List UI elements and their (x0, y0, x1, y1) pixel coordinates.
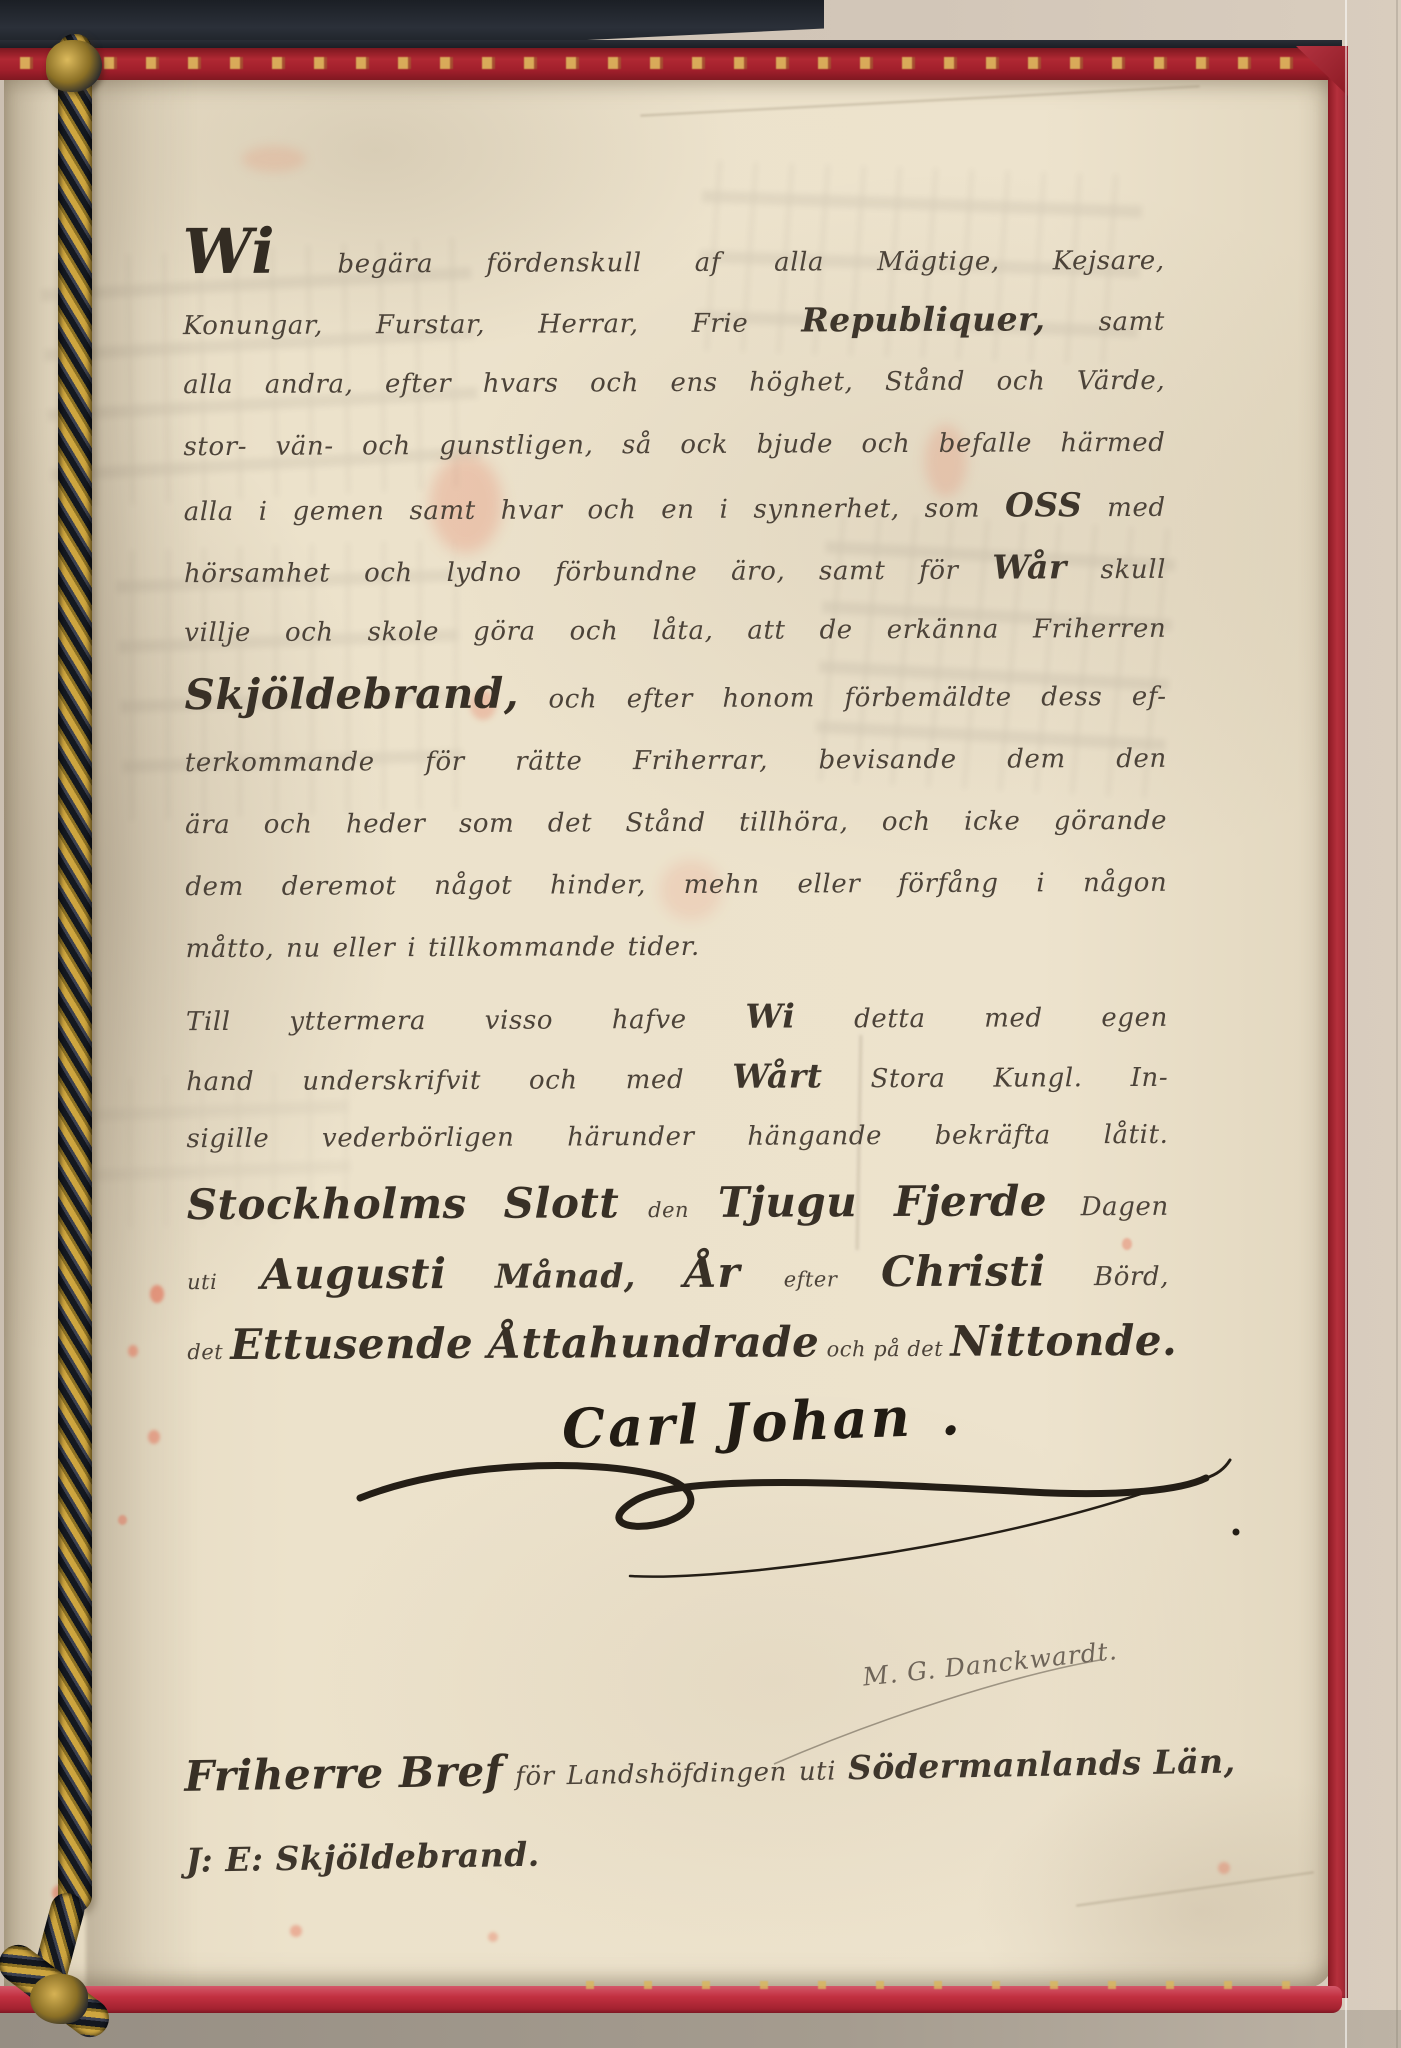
text-segment: efter (740, 1267, 881, 1292)
text-segment: Stockholms Slott (187, 1178, 620, 1229)
background-seam (1396, 0, 1398, 2048)
text-segment: OSS (1005, 485, 1082, 524)
background-seam (1345, 0, 1347, 2048)
text-line: alla andra, efter hvars och ens höghet, … (183, 352, 1165, 418)
gutter-shadow (86, 74, 198, 1988)
text-segment: med (1082, 493, 1166, 523)
text-segment: hörsamhet och lydno förbundne äro, samt … (184, 556, 992, 590)
text-line: Skjöldebrand, och efter honom förbemäldt… (184, 662, 1166, 734)
docket-annotation: Friherre Bref för Landshöfdingen uti Söd… (184, 1723, 1199, 1895)
text-segment: Nittonde. (950, 1316, 1177, 1366)
text-segment: Ettusende Åttahundrade (230, 1317, 819, 1369)
text-line: alla i gemen samt hvar och en i synnerhe… (184, 476, 1166, 542)
text-segment: Republiquer, (801, 299, 1045, 339)
gold-tooling (6, 57, 1306, 69)
text-line: Wi begära fördenskull af alla Mägtige, K… (182, 216, 1164, 294)
bottom-shadow (0, 2010, 1401, 2048)
scanner-background: { "colors": { "parchment": "#ece2cb", "s… (0, 0, 1401, 2048)
text-segment: och på det (819, 1337, 950, 1362)
text-segment: villje och skole göra och låta, att de e… (184, 614, 1166, 648)
scanned-book-page: Wi begära fördenskull af alla Mägtige, K… (0, 0, 1401, 2048)
text-segment: Friherre Bref (184, 1746, 504, 1801)
text-line: villje och skole göra och låta, att de e… (184, 600, 1166, 666)
text-line: hand underskrifvit och med Wårt Stora Ku… (186, 1046, 1168, 1110)
text-line: sigille vederbörligen härunder hängande … (186, 1106, 1168, 1170)
text-segment: Tjugu Fjerde (718, 1176, 1047, 1226)
text-segment: J: E: Skjöldebrand. (185, 1835, 540, 1880)
text-segment: samt (1045, 307, 1165, 338)
text-segment: Wi (182, 214, 337, 288)
text-segment: ära och heder som det Stånd tillhöra, oc… (185, 806, 1167, 840)
cord-knot (30, 1974, 88, 2024)
text-segment: för Landshöfdingen uti (503, 1756, 848, 1792)
gold-fray (560, 1981, 1330, 1989)
text-line: måtto, nu eller i tillkommande tider. (186, 916, 1168, 982)
text-line: stor- vän- och gunstligen, så ock bjude … (183, 414, 1165, 480)
text-line: uti Augusti Månad, År efter Christi Börd… (187, 1240, 1169, 1314)
document-text: Wi begära fördenskull af alla Mägtige, K… (182, 216, 1169, 1384)
text-line: dem deremot något hinder, mehn eller för… (185, 854, 1167, 920)
text-line: ära och heder som det Stånd tillhöra, oc… (185, 792, 1167, 858)
text-segment: uti (187, 1270, 261, 1294)
text-segment: detta med egen (795, 1003, 1168, 1035)
text-segment: terkommande för rätte Friherrar, bevisan… (185, 744, 1167, 778)
text-segment: stor- vän- och gunstligen, så ock bjude … (183, 428, 1165, 462)
text-segment: och efter honom förbemäldte dess ef- (519, 682, 1167, 715)
binding-cord (58, 34, 92, 1912)
text-segment: Månad, (446, 1256, 684, 1296)
text-segment: skull (1067, 555, 1166, 585)
text-segment: Stora Kungl. In- (822, 1063, 1168, 1095)
text-segment: alla i gemen samt hvar och en i synnerhe… (184, 494, 1005, 528)
text-segment: måtto, nu eller i tillkommande tider. (186, 932, 700, 964)
text-line: Stockholms Slott den Tjugu Fjerde Dagen (187, 1170, 1169, 1244)
text-segment: Wi (745, 996, 795, 1035)
text-segment: Dagen (1047, 1192, 1169, 1223)
text-segment: Börd, (1046, 1262, 1170, 1293)
text-segment: begära fördenskull af alla Mägtige, Kejs… (337, 246, 1164, 280)
signature-flourish (330, 1436, 1260, 1590)
text-segment: År (684, 1248, 740, 1297)
text-segment: sigille vederbörligen härunder hängande … (186, 1120, 1168, 1154)
text-segment: Konungar, Furstar, Herrar, Frie (183, 308, 802, 341)
text-segment: det (187, 1340, 230, 1364)
text-segment: Christi (881, 1246, 1046, 1296)
text-line: terkommande för rätte Friherrar, bevisan… (185, 730, 1167, 796)
text-segment: hand underskrifvit och med (186, 1065, 732, 1097)
red-leather-bottom-band (0, 1986, 1342, 2013)
red-leather-top-band (0, 48, 1344, 80)
text-segment: Wårt (732, 1056, 822, 1095)
text-line: hörsamhet och lydno förbundne äro, samt … (184, 538, 1166, 604)
text-segment: Södermanlands Län, (848, 1741, 1236, 1787)
text-line: Till yttermera visso hafve Wi detta med … (186, 986, 1168, 1050)
text-segment: Skjöldebrand, (184, 669, 519, 719)
text-segment: den (619, 1198, 718, 1222)
text-segment: Till yttermera visso hafve (186, 1005, 746, 1037)
text-segment: alla andra, efter hvars och ens höghet, … (183, 366, 1165, 400)
text-segment: Augusti (261, 1249, 447, 1299)
text-segment: Wår (992, 547, 1067, 586)
text-line: Konungar, Furstar, Herrar, Frie Republiq… (183, 290, 1165, 356)
text-line: det Ettusende Åttahundrade och på det Ni… (187, 1310, 1169, 1384)
text-segment: dem deremot något hinder, mehn eller för… (185, 868, 1167, 902)
